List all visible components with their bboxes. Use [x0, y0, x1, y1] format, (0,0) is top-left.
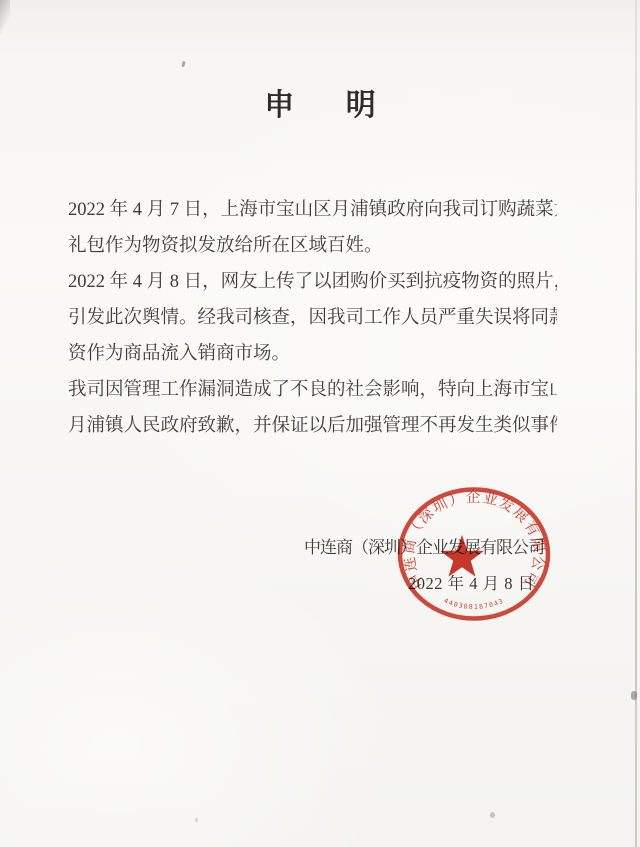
body-line: 资作为商品流入销商市场。 — [68, 336, 557, 372]
body-line: 礼包作为物资拟发放给所在区域百姓。 — [68, 228, 557, 264]
paragraph-3: 我司因管理工作漏洞造成了不良的社会影响，特向上海市宝山区 月浦镇人民政府致歉，并… — [68, 372, 557, 444]
document-body: 2022 年 4 月 7 日，上海市宝山区月浦镇政府向我司订购蔬菜大 礼包作为物… — [68, 192, 557, 444]
scanned-statement-document: 申 明 2022 年 4 月 7 日，上海市宝山区月浦镇政府向我司订购蔬菜大 礼… — [0, 0, 640, 847]
paper-speck — [631, 691, 637, 700]
paper-speck — [181, 61, 185, 68]
seal-ring-text: 中连商（深圳）企业发展有限公司 — [400, 489, 547, 591]
company-seal: 中连商（深圳）企业发展有限公司 440308187043 — [380, 470, 580, 650]
body-line: 引发此次舆情。经我司核查，因我司工作人员严重失误将同款物 — [68, 300, 557, 336]
document-title: 申 明 — [0, 80, 640, 124]
paper-speck — [490, 812, 495, 818]
paragraph-1: 2022 年 4 月 7 日，上海市宝山区月浦镇政府向我司订购蔬菜大 礼包作为物… — [68, 192, 557, 264]
paragraph-2: 2022 年 4 月 8 日，网友上传了以团购价买到抗疫物资的照片， 引发此次舆… — [68, 264, 557, 372]
paper-speck — [195, 818, 198, 822]
seal-star-icon — [440, 535, 484, 577]
body-line: 2022 年 4 月 7 日，上海市宝山区月浦镇政府向我司订购蔬菜大 — [68, 192, 557, 228]
paper-edge-line — [635, 0, 637, 847]
seal-serial-number: 440308187043 — [443, 597, 506, 611]
body-line: 2022 年 4 月 8 日，网友上传了以团购价买到抗疫物资的照片， — [68, 264, 557, 300]
company-seal-graphic: 中连商（深圳）企业发展有限公司 440308187043 — [380, 470, 580, 650]
body-line: 我司因管理工作漏洞造成了不良的社会影响，特向上海市宝山区 — [68, 372, 557, 408]
photo-corner-shadow — [0, 0, 10, 34]
body-line: 月浦镇人民政府致歉，并保证以后加强管理不再发生类似事件。 — [68, 408, 557, 444]
